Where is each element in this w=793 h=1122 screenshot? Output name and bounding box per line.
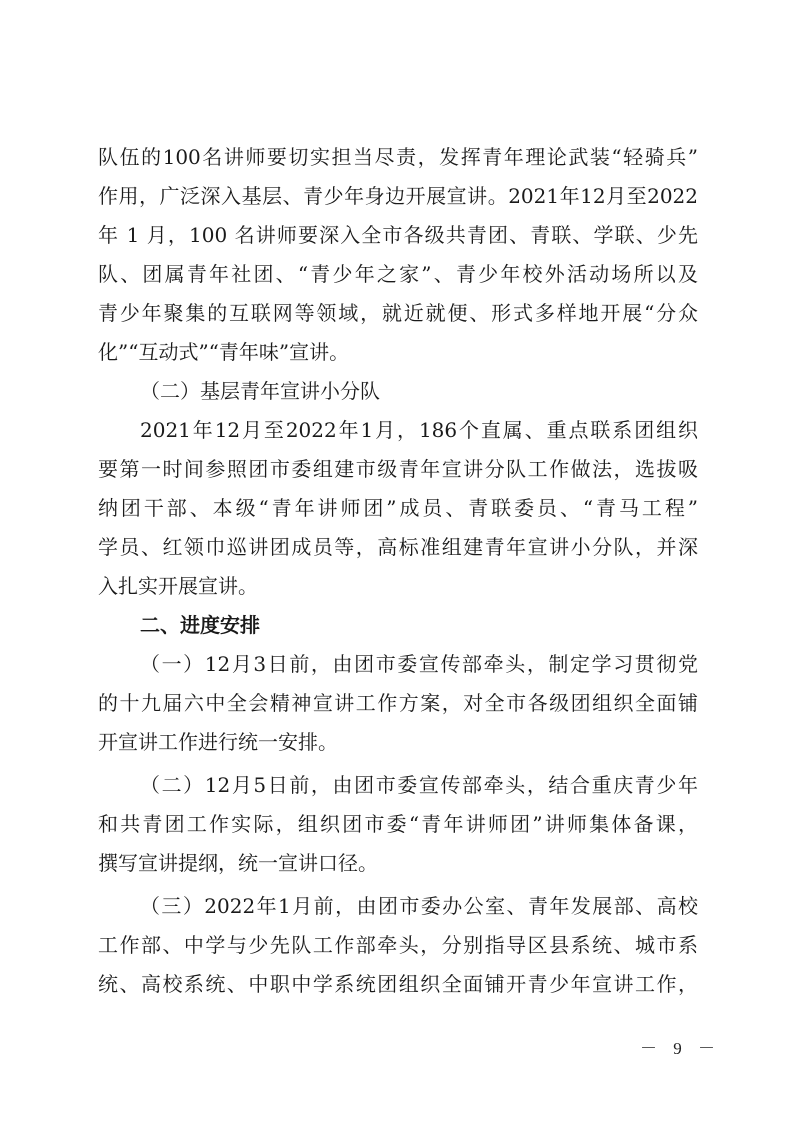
text-line: 青少年聚集的互联网等领域，就近就便、形式多样地开展“分众	[98, 294, 698, 333]
paragraph-schedule-2: （二）12月5日前，由团市委宣传部牵头，结合重庆青少年 和共青团工作实际，组织团…	[98, 766, 698, 883]
text-line: 工作部、中学与少先队工作部牵头，分别指导区县系统、城市系	[98, 926, 698, 965]
text-line: 要第一时间参照团市委组建市级青年宣讲分队工作做法，选拔吸	[98, 450, 698, 489]
paragraph-grassroots: 2021年12月至2022年1月，186个直属、重点联系团组织 要第一时间参照团…	[98, 411, 698, 606]
text-line: 学员、红领巾巡讲团成员等，高标准组建青年宣讲小分队，并深	[98, 528, 698, 567]
text-line: 化”“互动式”“青年味”宣讲。	[98, 333, 698, 372]
text-line: 纳团干部、本级“青年讲师团”成员、青联委员、“青马工程”	[98, 489, 698, 528]
text-line: 的十九届六中全会精神宣讲工作方案，对全市各级团组织全面铺	[98, 684, 698, 723]
text-line: 入扎实开展宣讲。	[98, 567, 698, 606]
text-line: （一）12月3日前，由团市委宣传部牵头，制定学习贯彻党	[98, 645, 698, 684]
text-line: 队伍的100名讲师要切实担当尽责，发挥青年理论武装“轻骑兵”	[98, 138, 698, 177]
text-line: 开宣讲工作进行统一安排。	[98, 723, 698, 762]
text-line: 年 1 月，100 名讲师要深入全市各级共青团、青联、学联、少先	[98, 216, 698, 255]
text-line: （二）12月5日前，由团市委宣传部牵头，结合重庆青少年	[98, 766, 698, 805]
paragraph-schedule-1: （一）12月3日前，由团市委宣传部牵头，制定学习贯彻党 的十九届六中全会精神宣讲…	[98, 645, 698, 762]
section-heading-schedule: 二、进度安排	[98, 606, 698, 645]
text-line: 统、高校系统、中职中学系统团组织全面铺开青少年宣讲工作，	[98, 965, 698, 1004]
text-line: 和共青团工作实际，组织团市委“青年讲师团”讲师集体备课，	[98, 805, 698, 844]
text-line: （三）2022年1月前，由团市委办公室、青年发展部、高校	[98, 887, 698, 926]
paragraph-lecturers: 队伍的100名讲师要切实担当尽责，发挥青年理论武装“轻骑兵” 作用，广泛深入基层…	[98, 138, 698, 372]
paragraph-schedule-3: （三）2022年1月前，由团市委办公室、青年发展部、高校 工作部、中学与少先队工…	[98, 887, 698, 1004]
text-line: 2021年12月至2022年1月，186个直属、重点联系团组织	[98, 411, 698, 450]
text-line: 队、团属青年社团、“青少年之家”、青少年校外活动场所以及	[98, 255, 698, 294]
text-line: 撰写宣讲提纲，统一宣讲口径。	[98, 844, 698, 883]
subheading-grassroots-team: （二）基层青年宣讲小分队	[98, 372, 698, 411]
document-page: 队伍的100名讲师要切实担当尽责，发挥青年理论武装“轻骑兵” 作用，广泛深入基层…	[98, 138, 698, 1004]
text-line: 作用，广泛深入基层、青少年身边开展宣讲。2021年12月至2022	[98, 177, 698, 216]
page-number: － 9 －	[640, 1034, 721, 1059]
